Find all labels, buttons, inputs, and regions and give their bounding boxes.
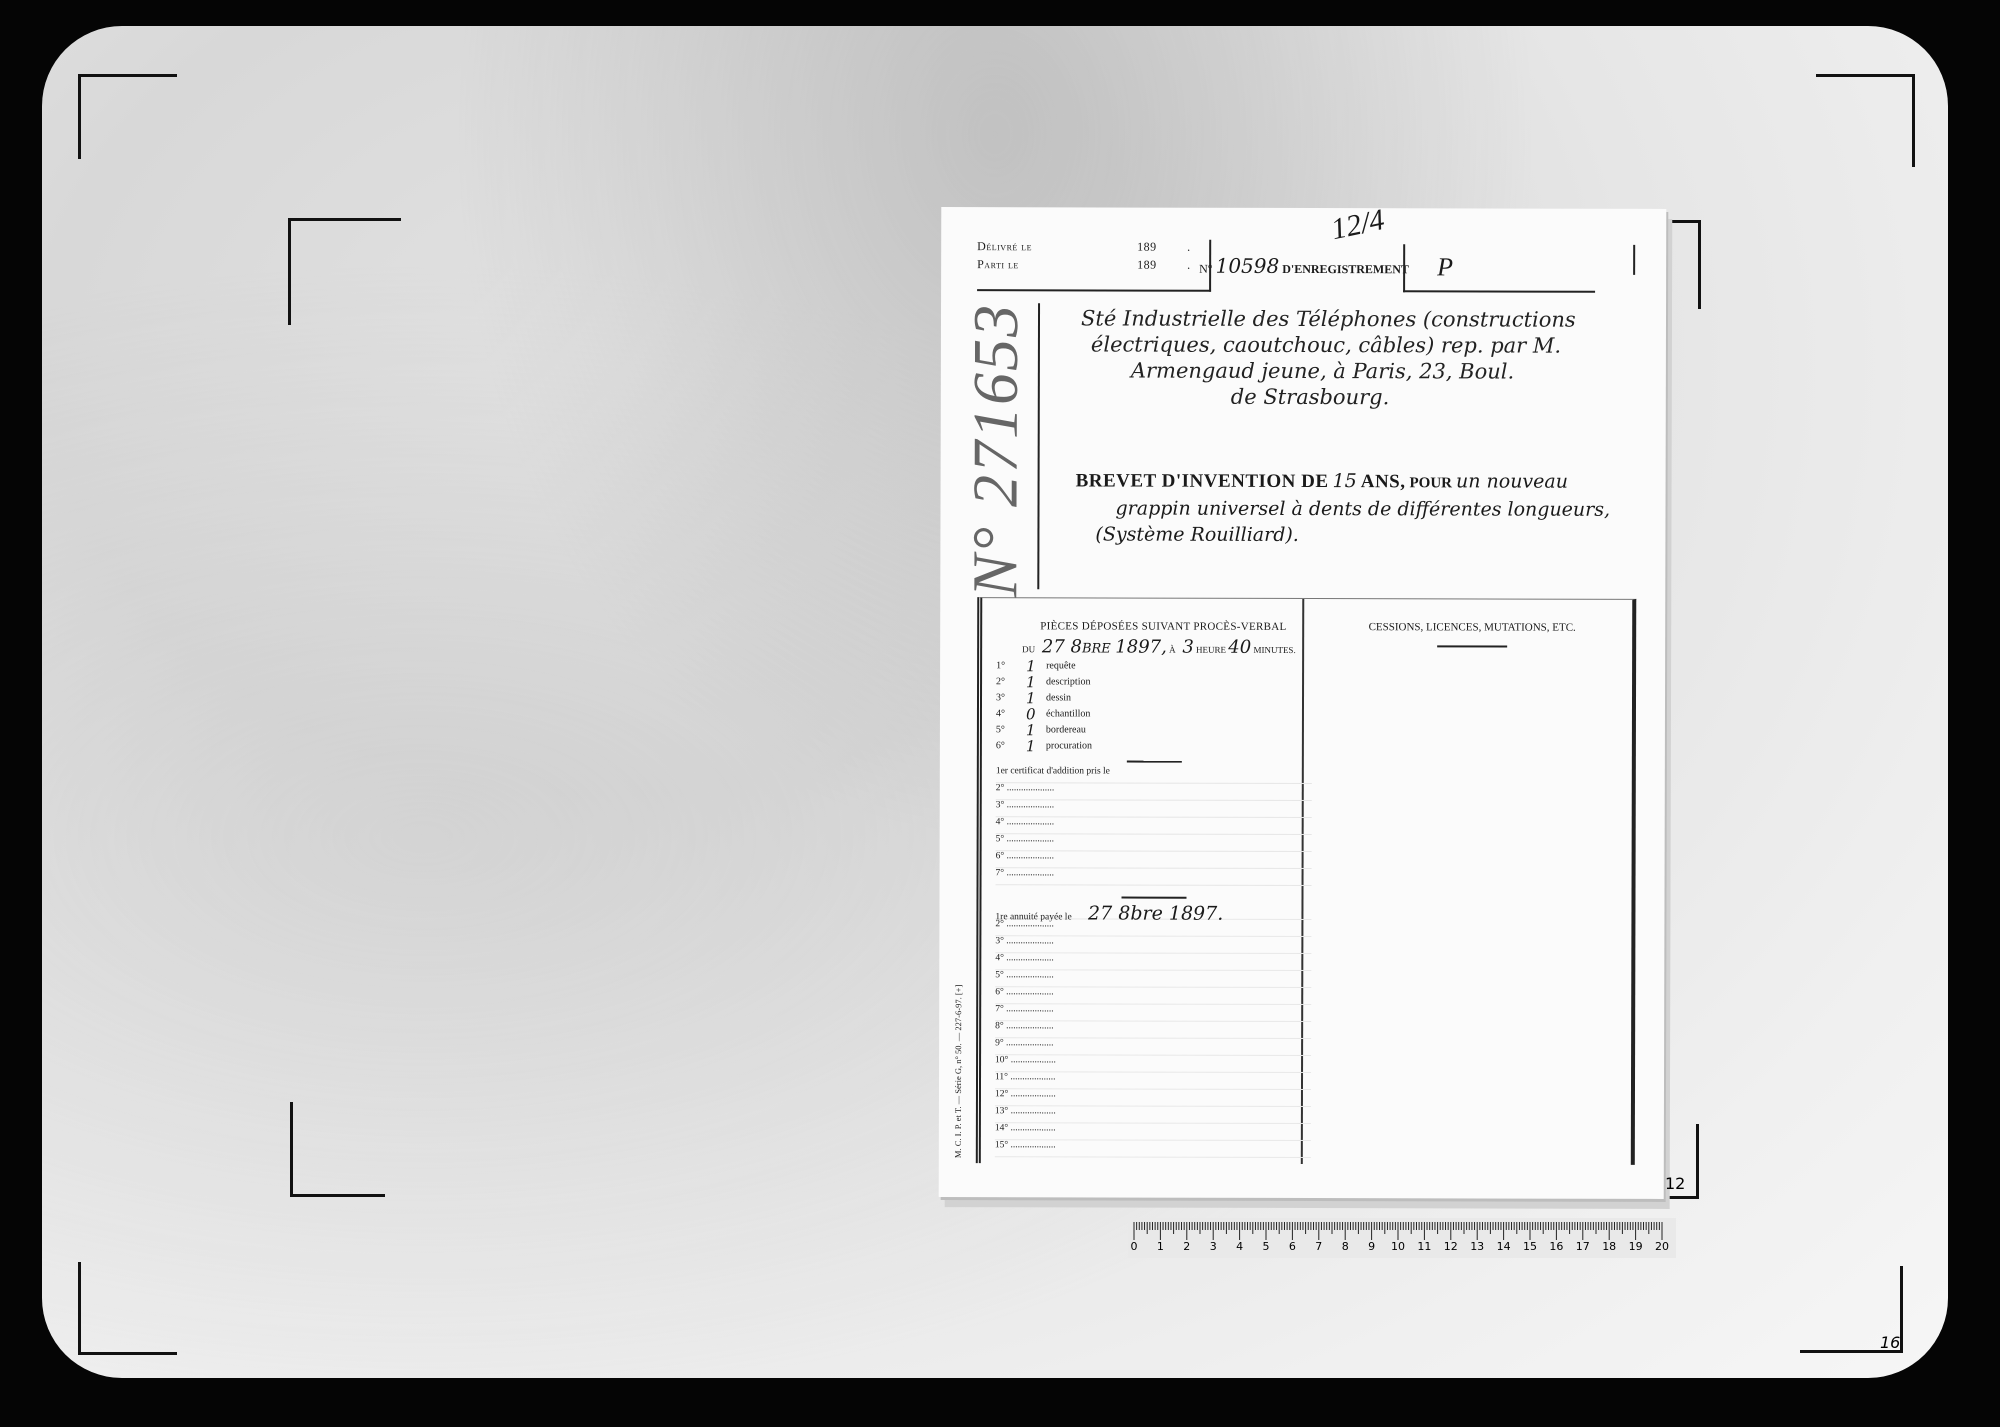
ruler-label: 19 [1629, 1240, 1643, 1253]
ruler-label: 6 [1289, 1240, 1296, 1253]
list-item: 4°0échantillon [996, 708, 1286, 725]
ruler-label: 11 [1417, 1240, 1431, 1253]
list-item: 1er certificat d'addition pris le [996, 766, 1312, 784]
ruler-label: 4 [1236, 1240, 1243, 1253]
list-item: 6°1procuration [996, 740, 1286, 757]
list-item: 3° .................... [996, 800, 1312, 818]
ruler-label: 3 [1210, 1240, 1217, 1253]
margin-rule [1037, 303, 1040, 589]
scale-ruler: 01234567891011121314151617181920 [1128, 1218, 1676, 1258]
crop-mark-bottom-left [78, 1262, 177, 1355]
list-item: 4° .................... [995, 953, 1311, 971]
p-box: P [1403, 244, 1595, 293]
ruler-label: 12 [1444, 1240, 1458, 1253]
ruler-label: 13 [1470, 1240, 1484, 1253]
folio-mark: 12/4 [1328, 203, 1387, 247]
ruler-label: 1 [1157, 1240, 1164, 1253]
ruler-label: 14 [1497, 1240, 1511, 1253]
ruler-label: 20 [1655, 1240, 1669, 1253]
ruler-label: 18 [1602, 1240, 1616, 1253]
ruler-label: 16 [1549, 1240, 1563, 1253]
inner-mark-top-left [288, 218, 401, 325]
patent-number: N° 271653 [960, 305, 1031, 585]
delivery-box: Délivré le 189 . Parti le 189 . [977, 239, 1211, 292]
patent-register-sheet: Délivré le 189 . Parti le 189 . N° 10598… [939, 207, 1667, 1199]
register-table: PIÈCES DÉPOSÉES SUIVANT PROCÈS-VERBAL DU… [976, 597, 1636, 1165]
list-item: 5°1bordereau [996, 724, 1286, 741]
ruler-ticks [1132, 1222, 1668, 1242]
ruler-label: 17 [1576, 1240, 1590, 1253]
ruler-label: 15 [1523, 1240, 1537, 1253]
list-item: 7° .................... [995, 1004, 1311, 1022]
separator [1121, 897, 1186, 899]
list-item: 1re annuité payée le 27 8bre 1897. [995, 902, 1311, 920]
list-item: 3° .................... [995, 936, 1311, 954]
p-mark: P [1437, 252, 1453, 282]
ruler-label: 9 [1368, 1240, 1375, 1253]
list-item: 5° .................... [996, 834, 1312, 852]
crop-mark-top-left [78, 74, 177, 159]
ruler-label: 0 [1131, 1240, 1138, 1253]
ruler-label: 10 [1391, 1240, 1405, 1253]
list-item: 2°1description [996, 676, 1286, 693]
separator [1437, 645, 1507, 647]
list-item: 6° .................... [995, 987, 1311, 1005]
list-item: 5° .................... [995, 970, 1311, 988]
parti-row: Parti le 189 . [977, 257, 1209, 276]
separator [1127, 761, 1182, 763]
owner-block: Sté Industrielle des Téléphones (constru… [1081, 305, 1641, 410]
list-item: 3°1dessin [996, 692, 1286, 709]
certificats-list: 1er certificat d'addition pris le2° ....… [996, 766, 1312, 886]
pieces-list: 1°1requête 2°1description 3°1dessin 4°0é… [996, 660, 1286, 757]
list-item: 4° .................... [996, 817, 1312, 835]
inner-mark-bottom-left [290, 1102, 385, 1197]
registration-number: N° 10598 D'ENREGISTREMENT [1199, 254, 1409, 279]
annuites-list: 1re annuité payée le 27 8bre 1897. 2° ..… [995, 902, 1312, 1158]
crop-mark-top-right [1816, 74, 1915, 167]
ruler-label: 7 [1315, 1240, 1322, 1253]
list-item: 7° .................... [996, 868, 1312, 886]
sheet-page-number: 12 [1665, 1174, 1685, 1193]
frame-number: 16 [1880, 1333, 1900, 1352]
list-item: 15° ................... [995, 1140, 1311, 1158]
list-item: 6° .................... [996, 851, 1312, 869]
list-item: 2° .................... [996, 783, 1312, 801]
ruler-label: 8 [1342, 1240, 1349, 1253]
list-item: 14° ................... [995, 1123, 1311, 1141]
list-item: 10° ................... [995, 1055, 1311, 1073]
pieces-title: PIÈCES DÉPOSÉES SUIVANT PROCÈS-VERBAL [1040, 620, 1286, 633]
ruler-label: 2 [1183, 1240, 1190, 1253]
list-item: 9° .................... [995, 1038, 1311, 1056]
ruler-label: 5 [1263, 1240, 1270, 1253]
list-item: 13° ................... [995, 1106, 1311, 1124]
tick-mark [1633, 245, 1635, 275]
brevet-title: BREVET D'INVENTION DE 15 ANS, POUR un no… [1075, 467, 1655, 549]
list-item: 12° ................... [995, 1089, 1311, 1107]
delivre-row: Délivré le 189 . [977, 239, 1209, 258]
pieces-date: DU 27 8bre 1897, À 3 HEURE 40 MINUTES. [1022, 636, 1296, 658]
cessions-title: CESSIONS, LICENCES, MUTATIONS, ETC. [1332, 621, 1612, 648]
printer-imprint: M. C. I. P. et T. — Série G, n° 50. — 22… [953, 878, 964, 1158]
list-item: 8° .................... [995, 1021, 1311, 1039]
list-item: 1°1requête [996, 660, 1286, 677]
list-item: 11° ................... [995, 1072, 1311, 1090]
